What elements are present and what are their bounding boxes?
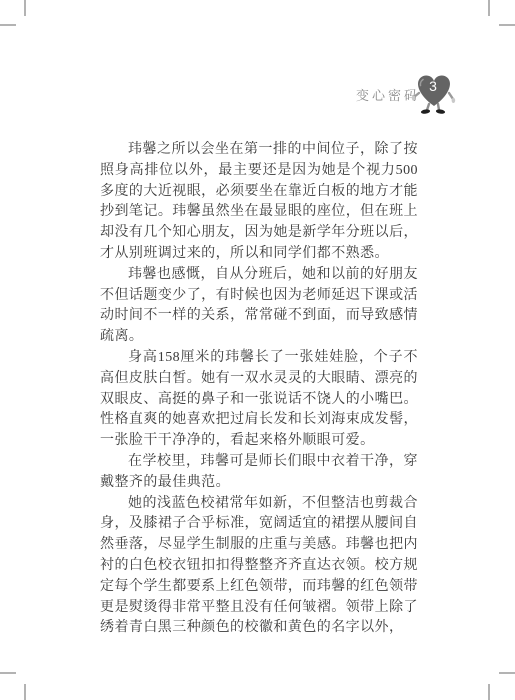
paragraph: 身高158厘米的玮馨长了一张娃娃脸，个子不高但皮肤白皙。她有一双水灵灵的大眼睛、…	[100, 348, 418, 452]
crop-mark-bottom-left-horizontal	[0, 672, 16, 674]
book-page: 变心密码 3 玮馨之所以会坐在第一排的中间位子，除了按照身高排位以外，最主要还是…	[0, 0, 515, 700]
paragraph: 她的浅蓝色校裙常年如新，不但整洁也剪裁合身，及膝裙子合乎标准，宽阔适宜的裙摆从腰…	[100, 494, 418, 640]
paragraph: 在学校里，玮馨可是师长们眼中衣着干净，穿戴整齐的最佳典范。	[100, 452, 418, 494]
paragraph: 玮馨也感慨，自从分班后，她和以前的好朋友不但话题变少了，有时候也因为老师延迟下课…	[100, 265, 418, 348]
running-header: 变心密码 3	[0, 0, 515, 130]
heart-page-number-mascot-icon: 3	[411, 70, 457, 116]
paragraph: 玮馨之所以会坐在第一排的中间位子，除了按照身高排位以外，最主要还是因为她是个视力…	[100, 140, 418, 265]
crop-mark-bottom-right-vertical	[488, 684, 490, 700]
crop-mark-bottom-right-horizontal	[499, 672, 515, 674]
body-text: 玮馨之所以会坐在第一排的中间位子，除了按照身高排位以外，最主要还是因为她是个视力…	[100, 140, 418, 639]
page-number: 3	[429, 78, 437, 94]
crop-mark-bottom-left-vertical	[24, 684, 26, 700]
